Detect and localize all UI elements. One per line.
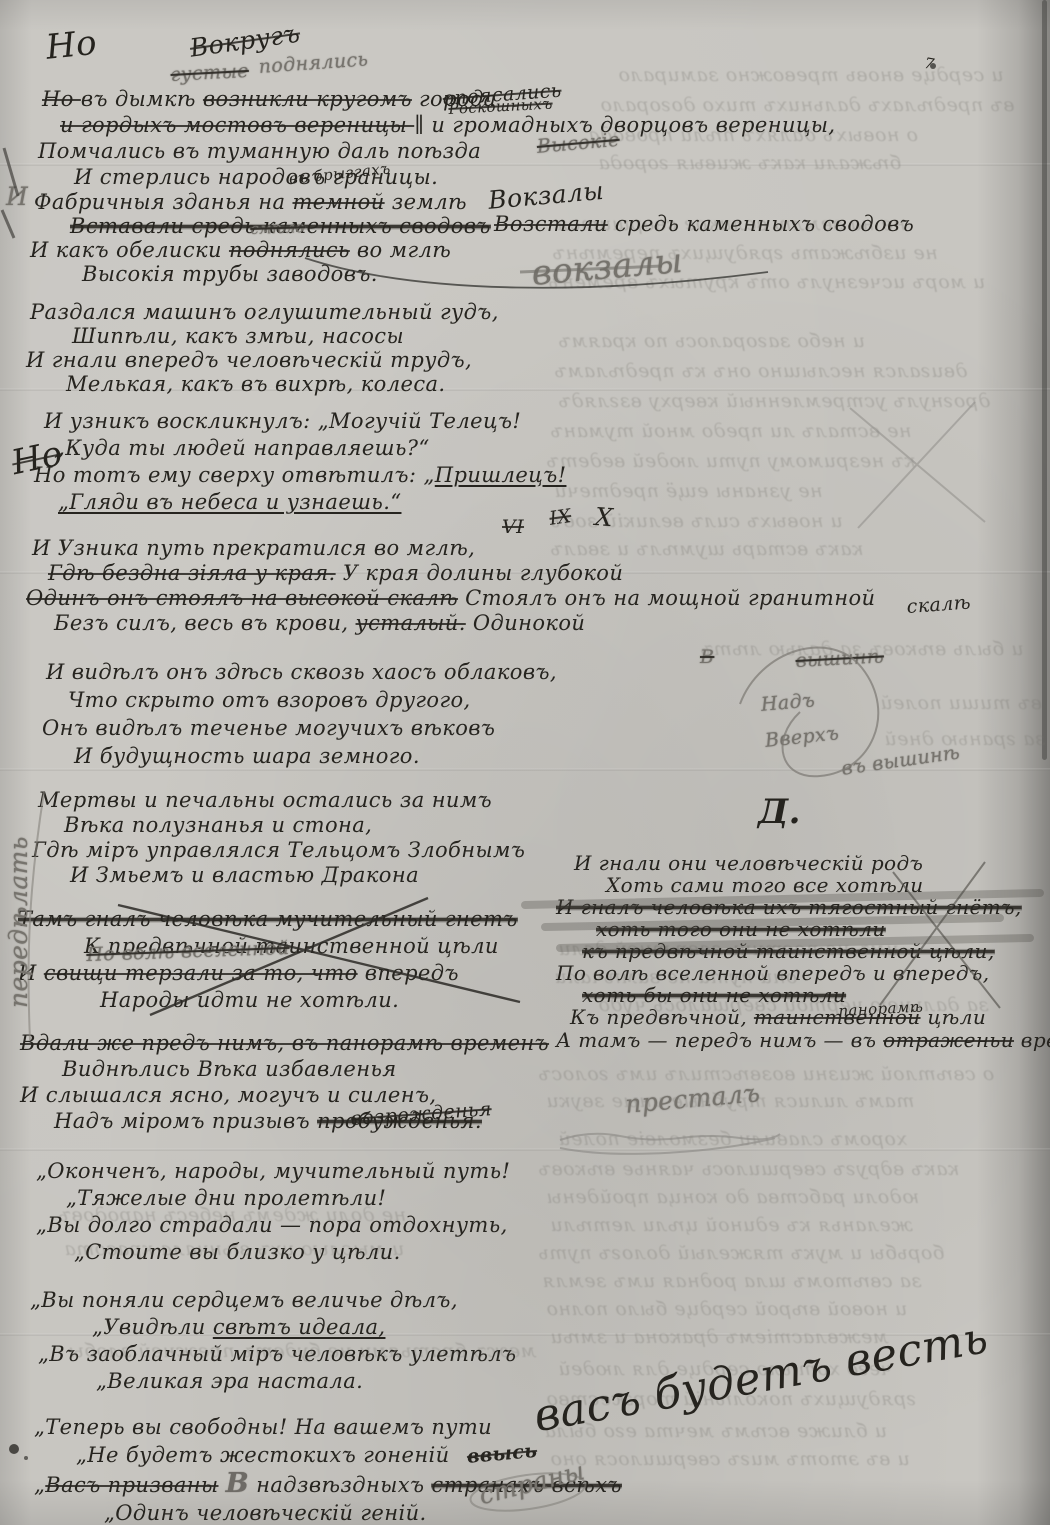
annotation: В <box>700 646 714 668</box>
annotation: Но <box>8 433 66 483</box>
annotation: скалѣ <box>906 592 972 618</box>
annotation: вокзалы <box>530 241 684 294</box>
annotation: Но <box>44 23 99 68</box>
annotation: По волѣ вселенной <box>86 937 290 966</box>
annotation: густые <box>170 60 249 86</box>
annotation: Высокіе <box>536 129 621 158</box>
annotation: Вокзалы <box>487 176 605 215</box>
annotation: въ вышинѣ <box>840 741 961 779</box>
annotation: вышинѣ <box>795 645 884 672</box>
annotation: Д. <box>758 792 801 832</box>
annotation-layer: НоВокругъгустыеподнялисьопоясалисьРоскош… <box>0 0 1050 1525</box>
manuscript-page: и сердце вновь тревожно замираловъ предѣ… <box>0 0 1050 1525</box>
annotation: смѣло <box>250 218 305 238</box>
annotation: IX <box>548 505 573 530</box>
annotation: передѣлать <box>4 836 33 1008</box>
annotation: панорамѣ <box>838 998 924 1020</box>
annotation: возрожденья <box>350 1098 492 1130</box>
annotation: И <box>6 182 28 211</box>
annotation: Вверхъ <box>764 722 840 752</box>
annotation: поднялись <box>258 48 369 78</box>
annotation: Надъ <box>760 689 816 716</box>
annotation: ввысь <box>466 1440 538 1468</box>
annotation: 7 <box>923 54 936 73</box>
annotation: васъ будетъ весть <box>530 1312 992 1442</box>
annotation: X <box>594 502 614 532</box>
annotation: VI <box>502 516 524 538</box>
annotation: въ брызгахъ <box>288 159 391 188</box>
annotation: престалъ <box>624 1078 761 1119</box>
